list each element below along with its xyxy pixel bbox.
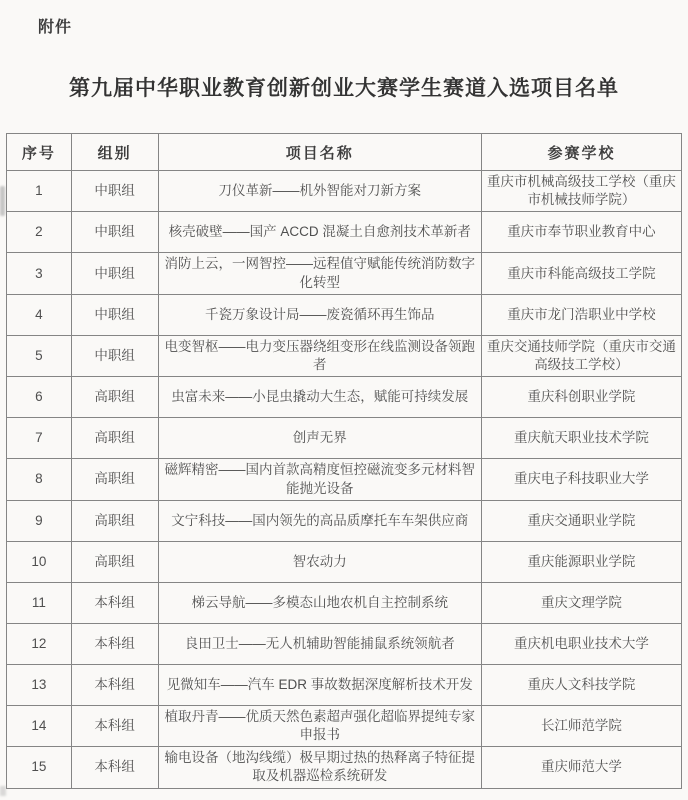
row-number-cell: 10 <box>7 541 72 582</box>
table-row: 4 中职组 千瓷万象设计局——废瓷循环再生饰品 重庆市龙门浩职业中学校 <box>7 294 682 335</box>
school-cell: 重庆交通技师学院（重庆市交通高级技工学校） <box>481 335 681 376</box>
row-number-cell: 13 <box>7 664 72 705</box>
row-number-cell: 1 <box>7 171 72 212</box>
school-cell: 重庆市科能高级技工学院 <box>481 253 681 294</box>
scanned-document-page: { "page": { "attachment_label": "附件", "t… <box>0 0 688 800</box>
project-name-cell: 植取丹青——优质天然色素超声强化超临界提纯专家申报书 <box>158 705 481 746</box>
group-cell: 高职组 <box>71 418 158 459</box>
school-cell: 重庆交通职业学院 <box>481 500 681 541</box>
project-name-cell: 刀仪革新——机外智能对刀新方案 <box>158 171 481 212</box>
row-number-cell: 7 <box>7 418 72 459</box>
table-row: 3 中职组 消防上云，一网智控——远程值守赋能传统消防数字化转型 重庆市科能高级… <box>7 253 682 294</box>
row-number-cell: 15 <box>7 747 72 788</box>
row-number-cell: 11 <box>7 582 72 623</box>
table-row: 14 本科组 植取丹青——优质天然色素超声强化超临界提纯专家申报书 长江师范学院 <box>7 705 682 746</box>
column-header-school: 参赛学校 <box>481 134 681 171</box>
project-name-cell: 良田卫士——无人机辅助智能捕鼠系统领航者 <box>158 623 481 664</box>
group-cell: 中职组 <box>71 212 158 253</box>
row-number-cell: 6 <box>7 377 72 418</box>
school-cell: 重庆航天职业技术学院 <box>481 418 681 459</box>
table-header-row: 序号 组别 项目名称 参赛学校 <box>7 134 682 171</box>
school-cell: 长江师范学院 <box>481 705 681 746</box>
column-header-project: 项目名称 <box>158 134 481 171</box>
project-name-cell: 文宁科技——国内领先的高品质摩托车车架供应商 <box>158 500 481 541</box>
group-cell: 高职组 <box>71 377 158 418</box>
school-cell: 重庆能源职业学院 <box>481 541 681 582</box>
row-number-cell: 2 <box>7 212 72 253</box>
group-cell: 中职组 <box>71 335 158 376</box>
table-row: 7 高职组 创声无界 重庆航天职业技术学院 <box>7 418 682 459</box>
project-name-cell: 虫富未来——小昆虫撬动大生态，赋能可持续发展 <box>158 377 481 418</box>
table-row: 9 高职组 文宁科技——国内领先的高品质摩托车车架供应商 重庆交通职业学院 <box>7 500 682 541</box>
scan-smudge-artifact <box>0 786 6 796</box>
project-name-cell: 核壳破壁——国产 ACCD 混凝土自愈剂技术革新者 <box>158 212 481 253</box>
school-cell: 重庆市龙门浩职业中学校 <box>481 294 681 335</box>
table-row: 8 高职组 磁辉精密——国内首款高精度恒控磁流变多元材料智能抛光设备 重庆电子科… <box>7 459 682 500</box>
table-row: 2 中职组 核壳破壁——国产 ACCD 混凝土自愈剂技术革新者 重庆市奉节职业教… <box>7 212 682 253</box>
scan-smudge-artifact <box>0 186 5 216</box>
group-cell: 本科组 <box>71 747 158 788</box>
project-name-cell: 千瓷万象设计局——废瓷循环再生饰品 <box>158 294 481 335</box>
project-name-cell: 电变智枢——电力变压器绕组变形在线监测设备领跑者 <box>158 335 481 376</box>
row-number-cell: 14 <box>7 705 72 746</box>
group-cell: 中职组 <box>71 253 158 294</box>
school-cell: 重庆市机械高级技工学校（重庆市机械技师学院） <box>481 171 681 212</box>
group-cell: 本科组 <box>71 705 158 746</box>
row-number-cell: 3 <box>7 253 72 294</box>
row-number-cell: 5 <box>7 335 72 376</box>
row-number-cell: 9 <box>7 500 72 541</box>
column-header-group: 组别 <box>71 134 158 171</box>
table-row: 15 本科组 输电设备（地沟线缆）极早期过热的热释离子特征提取及机器巡检系统研发… <box>7 747 682 788</box>
school-cell: 重庆机电职业技术大学 <box>481 623 681 664</box>
group-cell: 高职组 <box>71 500 158 541</box>
group-cell: 本科组 <box>71 623 158 664</box>
column-header-number: 序号 <box>7 134 72 171</box>
project-name-cell: 梯云导航——多模态山地农机自主控制系统 <box>158 582 481 623</box>
table-row: 1 中职组 刀仪革新——机外智能对刀新方案 重庆市机械高级技工学校（重庆市机械技… <box>7 171 682 212</box>
school-cell: 重庆科创职业学院 <box>481 377 681 418</box>
school-cell: 重庆文理学院 <box>481 582 681 623</box>
project-name-cell: 输电设备（地沟线缆）极早期过热的热释离子特征提取及机器巡检系统研发 <box>158 747 481 788</box>
project-roster-table: 序号 组别 项目名称 参赛学校 1 中职组 刀仪革新——机外智能对刀新方案 重庆… <box>6 133 682 789</box>
row-number-cell: 8 <box>7 459 72 500</box>
group-cell: 高职组 <box>71 459 158 500</box>
row-number-cell: 4 <box>7 294 72 335</box>
table-row: 6 高职组 虫富未来——小昆虫撬动大生态，赋能可持续发展 重庆科创职业学院 <box>7 377 682 418</box>
project-name-cell: 创声无界 <box>158 418 481 459</box>
table-row: 11 本科组 梯云导航——多模态山地农机自主控制系统 重庆文理学院 <box>7 582 682 623</box>
school-cell: 重庆市奉节职业教育中心 <box>481 212 681 253</box>
project-name-cell: 见微知车——汽车 EDR 事故数据深度解析技术开发 <box>158 664 481 705</box>
table-row: 10 高职组 智农动力 重庆能源职业学院 <box>7 541 682 582</box>
school-cell: 重庆师范大学 <box>481 747 681 788</box>
project-name-cell: 磁辉精密——国内首款高精度恒控磁流变多元材料智能抛光设备 <box>158 459 481 500</box>
project-name-cell: 智农动力 <box>158 541 481 582</box>
page-title: 第九届中华职业教育创新创业大赛学生赛道入选项目名单 <box>0 72 688 102</box>
school-cell: 重庆人文科技学院 <box>481 664 681 705</box>
group-cell: 中职组 <box>71 171 158 212</box>
group-cell: 本科组 <box>71 664 158 705</box>
school-cell: 重庆电子科技职业大学 <box>481 459 681 500</box>
project-name-cell: 消防上云，一网智控——远程值守赋能传统消防数字化转型 <box>158 253 481 294</box>
group-cell: 本科组 <box>71 582 158 623</box>
table-row: 13 本科组 见微知车——汽车 EDR 事故数据深度解析技术开发 重庆人文科技学… <box>7 664 682 705</box>
group-cell: 高职组 <box>71 541 158 582</box>
row-number-cell: 12 <box>7 623 72 664</box>
group-cell: 中职组 <box>71 294 158 335</box>
attachment-label: 附件 <box>38 14 72 37</box>
table-row: 5 中职组 电变智枢——电力变压器绕组变形在线监测设备领跑者 重庆交通技师学院（… <box>7 335 682 376</box>
table-row: 12 本科组 良田卫士——无人机辅助智能捕鼠系统领航者 重庆机电职业技术大学 <box>7 623 682 664</box>
